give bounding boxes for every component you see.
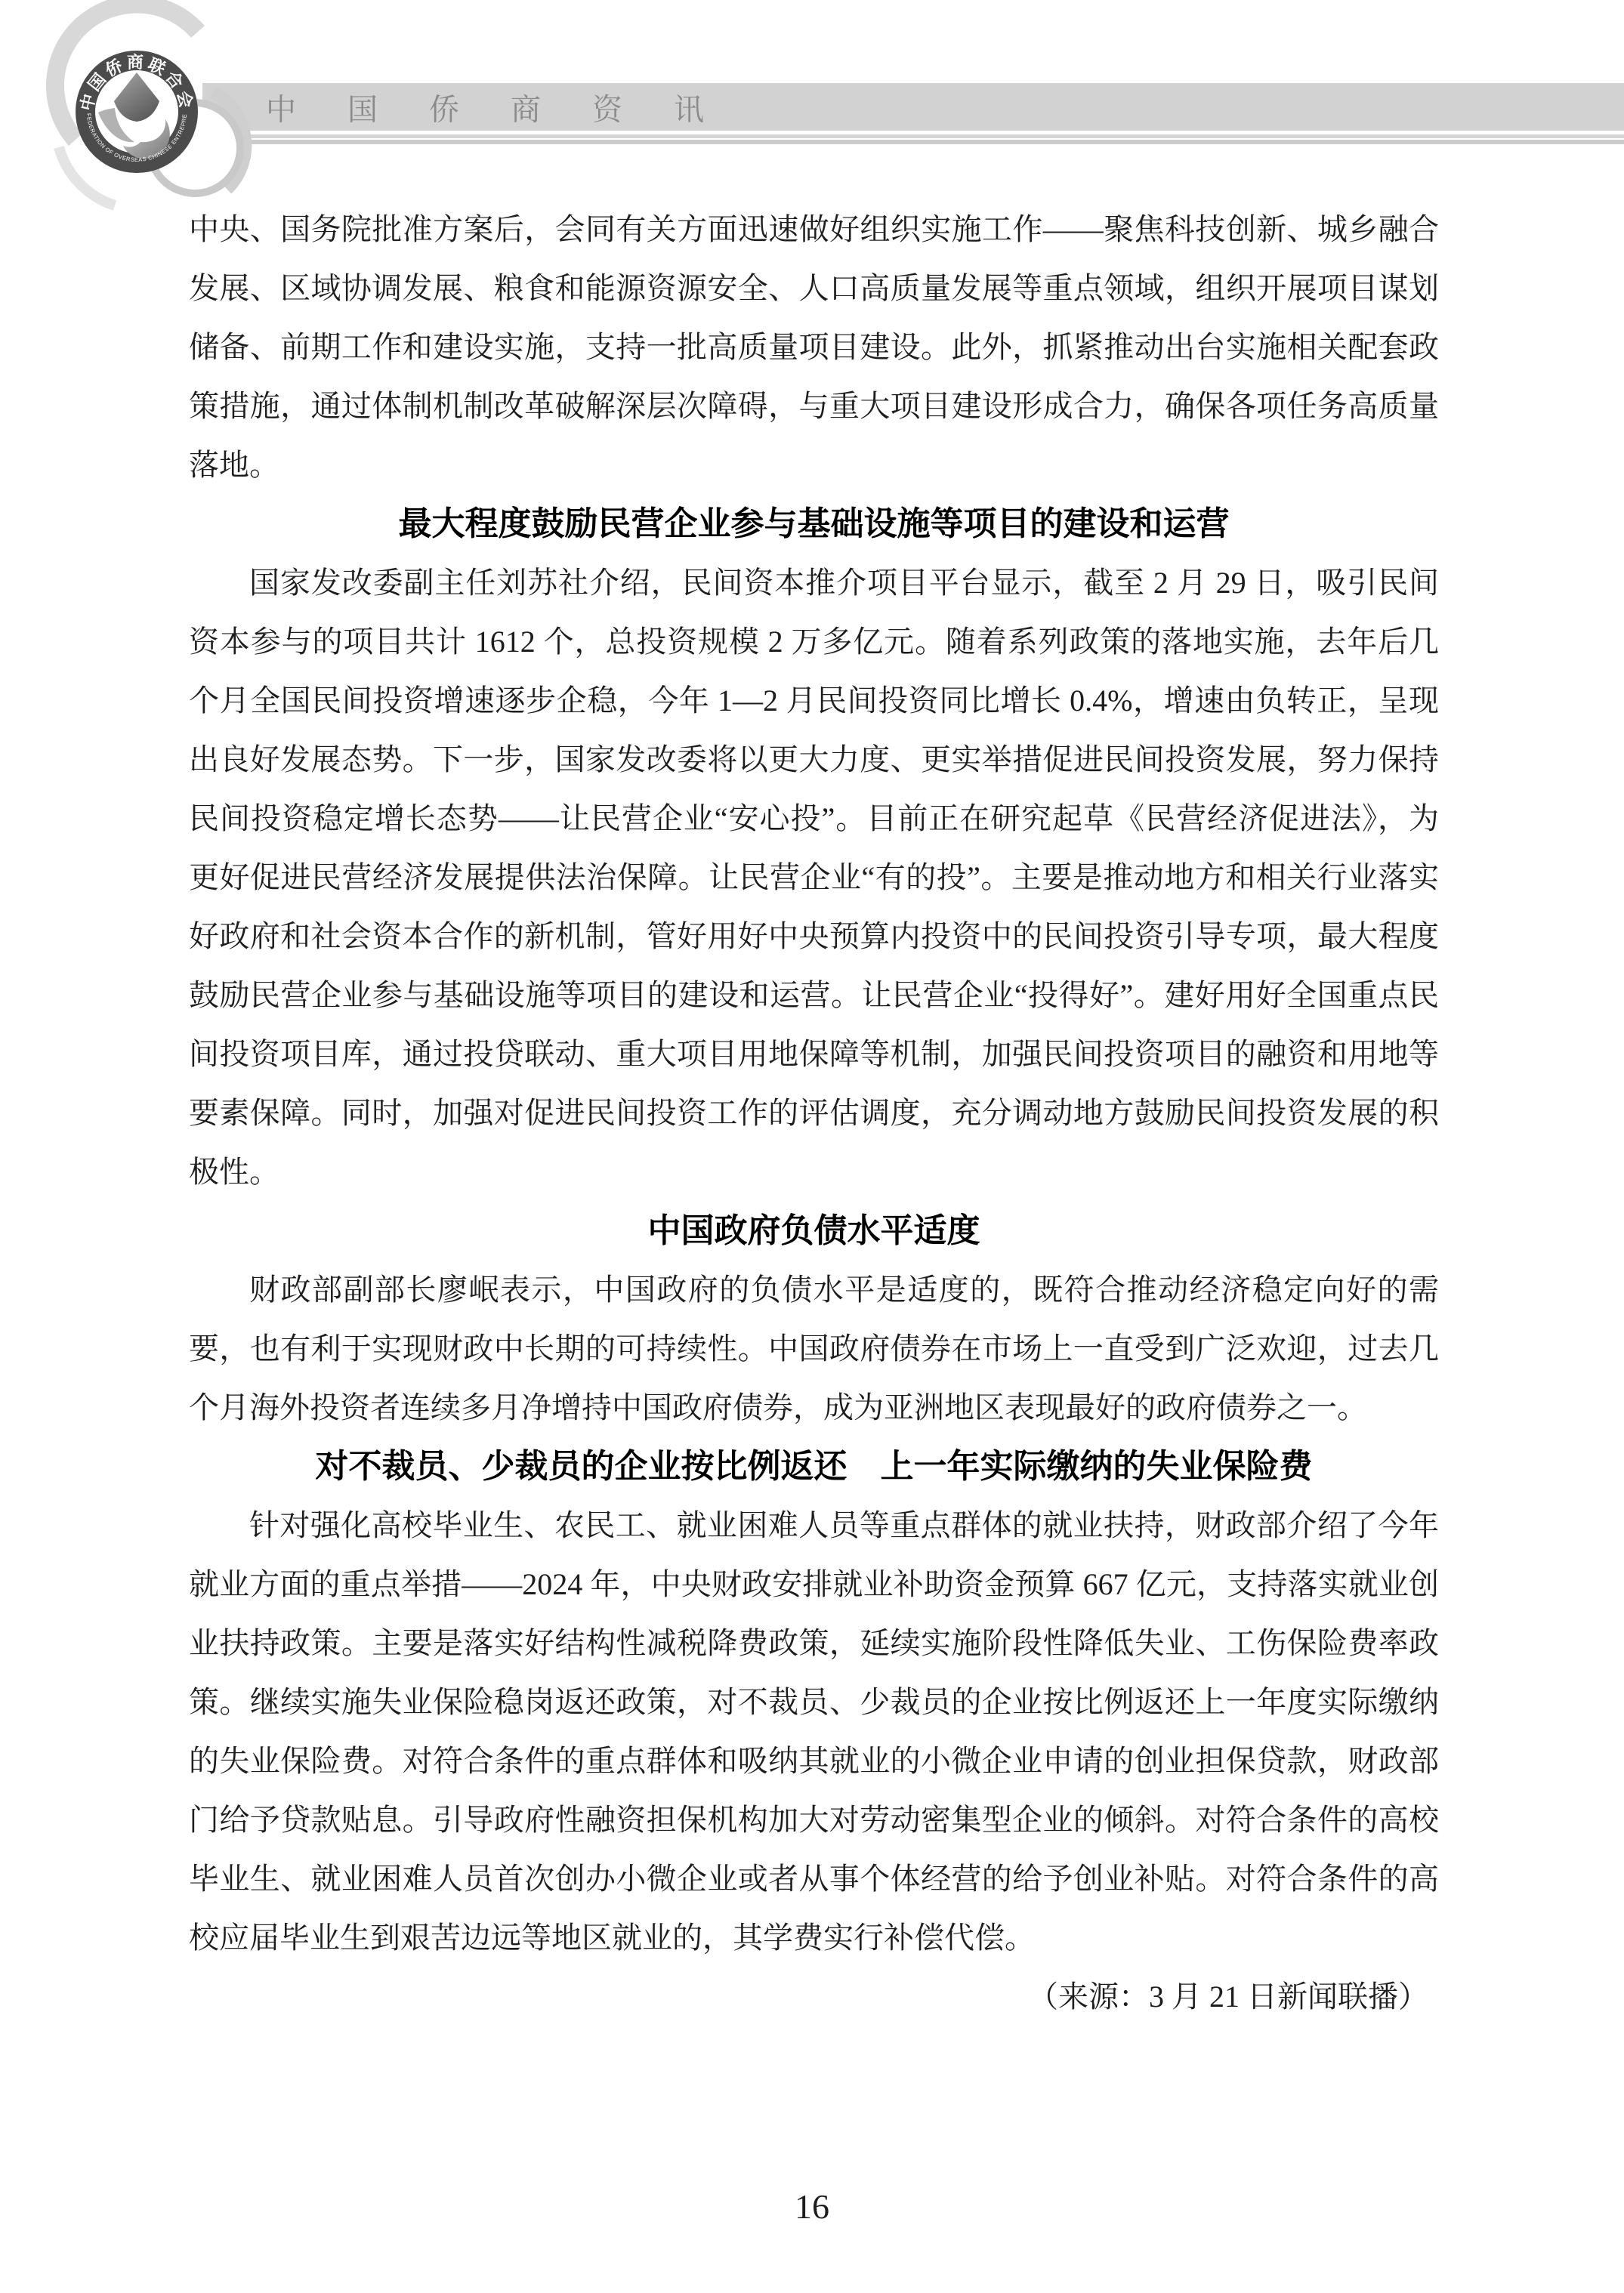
document-page: 中国侨商资讯 bbox=[0, 0, 1624, 2293]
page-number: 16 bbox=[0, 2187, 1624, 2227]
section-heading: 对不裁员、少裁员的企业按比例返还 上一年实际缴纳的失业保险费 bbox=[189, 1437, 1439, 1496]
paragraph: 财政部副部长廖岷表示，中国政府的负债水平是适度的，既符合推动经济稳定向好的需要，… bbox=[189, 1261, 1439, 1437]
section-heading: 最大程度鼓励民营企业参与基础设施等项目的建设和运营 bbox=[189, 495, 1439, 554]
paragraph: 中央、国务院批准方案后，会同有关方面迅速做好组织实施工作——聚焦科技创新、城乡融… bbox=[189, 200, 1439, 495]
section-heading: 中国政府负债水平适度 bbox=[189, 1202, 1439, 1261]
org-logo-graphic: 中国侨商联合会 CHINA FEDERATION OF OVERSEAS CHI… bbox=[0, 0, 363, 227]
article-body: 中央、国务院批准方案后，会同有关方面迅速做好组织实施工作——聚焦科技创新、城乡融… bbox=[189, 200, 1439, 2026]
banner: 中国侨商资讯 bbox=[202, 83, 1624, 131]
banner-stripes bbox=[227, 134, 1624, 144]
paragraph: 针对强化高校毕业生、农民工、就业困难人员等重点群体的就业扶持，财政部介绍了今年就… bbox=[189, 1496, 1439, 1967]
paragraph: 国家发改委副主任刘苏社介绍，民间资本推介项目平台显示，截至 2 月 29 日，吸… bbox=[189, 554, 1439, 1202]
source-line: （来源：3 月 21 日新闻联播） bbox=[189, 1967, 1439, 2026]
org-logo: 中国侨商联合会 CHINA FEDERATION OF OVERSEAS CHI… bbox=[0, 0, 363, 227]
